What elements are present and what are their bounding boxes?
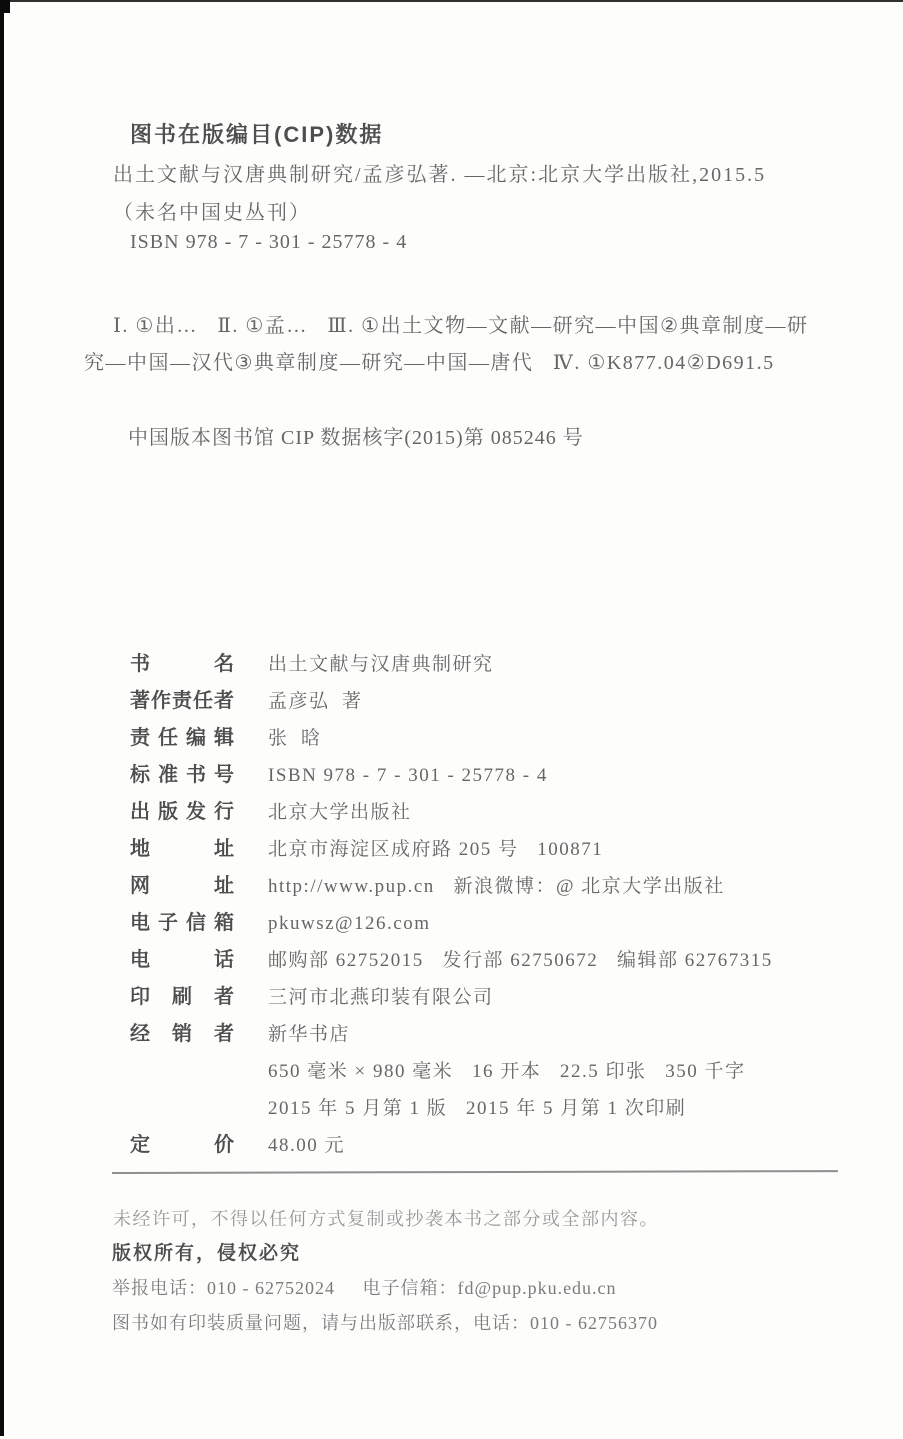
book-copyright-page: 图书在版编目(CIP)数据 出土文献与汉唐典制研究/孟彦弘著. —北京:北京大学… — [0, 0, 903, 1439]
colophon-row-value: 孟彦弘 著 — [268, 683, 363, 720]
colophon-row-label: 地址 — [130, 831, 234, 868]
scan-left-edge — [0, 0, 4, 1436]
colophon-row-value: http://www.pup.cn 新浪微博：@ 北京大学出版社 — [268, 868, 725, 905]
cip-isbn-line: ISBN 978 - 7 - 301 - 25778 - 4 — [130, 231, 407, 254]
colophon-row-price: 定价 48.00 元 — [130, 1127, 870, 1164]
colophon-row-label: 网址 — [130, 868, 234, 905]
colophon-row-value: 出土文献与汉唐典制研究 — [268, 646, 494, 683]
scan-top-edge — [0, 0, 903, 2]
colophon-row-label: 印刷者 — [130, 979, 234, 1016]
colophon-row-value: 北京大学出版社 — [268, 794, 412, 831]
colophon-row-value: 650 毫米 × 980 毫米 16 开本 22.5 印张 350 千字 — [268, 1053, 745, 1090]
footer-copyright: 版权所有，侵权必究 — [112, 1238, 301, 1265]
colophon-row-value: ISBN 978 - 7 - 301 - 25778 - 4 — [268, 757, 548, 794]
colophon-row-email: 电子信箱 pkuwsz@126.com — [130, 905, 870, 942]
cip-title-line: 出土文献与汉唐典制研究/孟彦弘著. —北京:北京大学出版社,2015.5 — [113, 158, 766, 187]
footer-report-line: 举报电话：010 - 62752024 电子信箱：fd@pup.pku.edu.… — [112, 1274, 617, 1300]
colophon-row-isbn: 标准书号 ISBN 978 - 7 - 301 - 25778 - 4 — [130, 757, 870, 794]
colophon-row-author: 著作责任者 孟彦弘 著 — [130, 683, 870, 720]
scan-corner-mark — [0, 0, 10, 13]
cip-registry-line: 中国版本图书馆 CIP 数据核字(2015)第 085246 号 — [128, 421, 584, 450]
colophon-row-value: 2015 年 5 月第 1 版 2015 年 5 月第 1 次印刷 — [268, 1090, 686, 1127]
colophon-row-title: 书名 出土文献与汉唐典制研究 — [130, 646, 870, 683]
colophon-row-label: 责任编辑 — [130, 720, 234, 757]
colophon-row-distributor: 经销者 新华书店 — [130, 1016, 870, 1053]
colophon-row-label: 电子信箱 — [130, 905, 234, 942]
colophon-row-value: 张 晗 — [268, 720, 322, 757]
colophon-row-value: 新华书店 — [268, 1016, 350, 1053]
colophon-row-website: 网址 http://www.pup.cn 新浪微博：@ 北京大学出版社 — [130, 868, 870, 905]
colophon-row-label — [130, 1090, 234, 1127]
colophon-row-editor: 责任编辑 张 晗 — [130, 720, 870, 757]
colophon-row-label: 定价 — [130, 1127, 234, 1164]
colophon-row-value: 邮购部 62752015 发行部 62750672 编辑部 62767315 — [268, 942, 773, 979]
colophon-row-edition: 2015 年 5 月第 1 版 2015 年 5 月第 1 次印刷 — [130, 1090, 870, 1127]
colophon-row-label: 标准书号 — [130, 757, 234, 794]
colophon-row-format: 650 毫米 × 980 毫米 16 开本 22.5 印张 350 千字 — [130, 1053, 870, 1090]
colophon-row-address: 地址 北京市海淀区成府路 205 号 100871 — [130, 831, 870, 868]
colophon-row-label: 经销者 — [130, 1016, 234, 1053]
colophon-row-value: 三河市北燕印装有限公司 — [268, 979, 494, 1016]
colophon-row-value: pkuwsz@126.com — [268, 905, 431, 942]
colophon-row-value: 北京市海淀区成府路 205 号 100871 — [268, 831, 603, 868]
colophon-row-printer: 印刷者 三河市北燕印装有限公司 — [130, 979, 870, 1016]
cip-series-line: （未名中国史丛刊） — [113, 196, 311, 225]
cip-class-line-1: Ⅰ. ①出… Ⅱ. ①孟… Ⅲ. ①出土文物—文献—研究—中国②典章制度—研 — [113, 309, 809, 338]
colophon-table: 书名 出土文献与汉唐典制研究 著作责任者 孟彦弘 著 责任编辑 张 晗 标准书号… — [130, 646, 870, 1164]
colophon-row-label: 电话 — [130, 942, 234, 979]
divider-rule — [112, 1170, 838, 1174]
colophon-row-label: 书名 — [130, 646, 234, 683]
colophon-row-label: 出版发行 — [130, 794, 234, 831]
footer-notice: 未经许可，不得以任何方式复制或抄袭本书之部分或全部内容。 — [113, 1205, 659, 1231]
colophon-row-publisher: 出版发行 北京大学出版社 — [130, 794, 870, 831]
cip-class-line-2: 究—中国—汉代③典章制度—研究—中国—唐代 Ⅳ. ①K877.04②D691.5 — [84, 346, 775, 375]
footer-quality-line: 图书如有印装质量问题，请与出版部联系，电话：010 - 62756370 — [112, 1309, 658, 1335]
colophon-row-value: 48.00 元 — [268, 1127, 345, 1164]
cip-heading: 图书在版编目(CIP)数据 — [130, 118, 383, 149]
colophon-row-label — [130, 1053, 234, 1090]
colophon-row-phone: 电话 邮购部 62752015 发行部 62750672 编辑部 6276731… — [130, 942, 870, 979]
colophon-row-label: 著作责任者 — [130, 683, 234, 720]
